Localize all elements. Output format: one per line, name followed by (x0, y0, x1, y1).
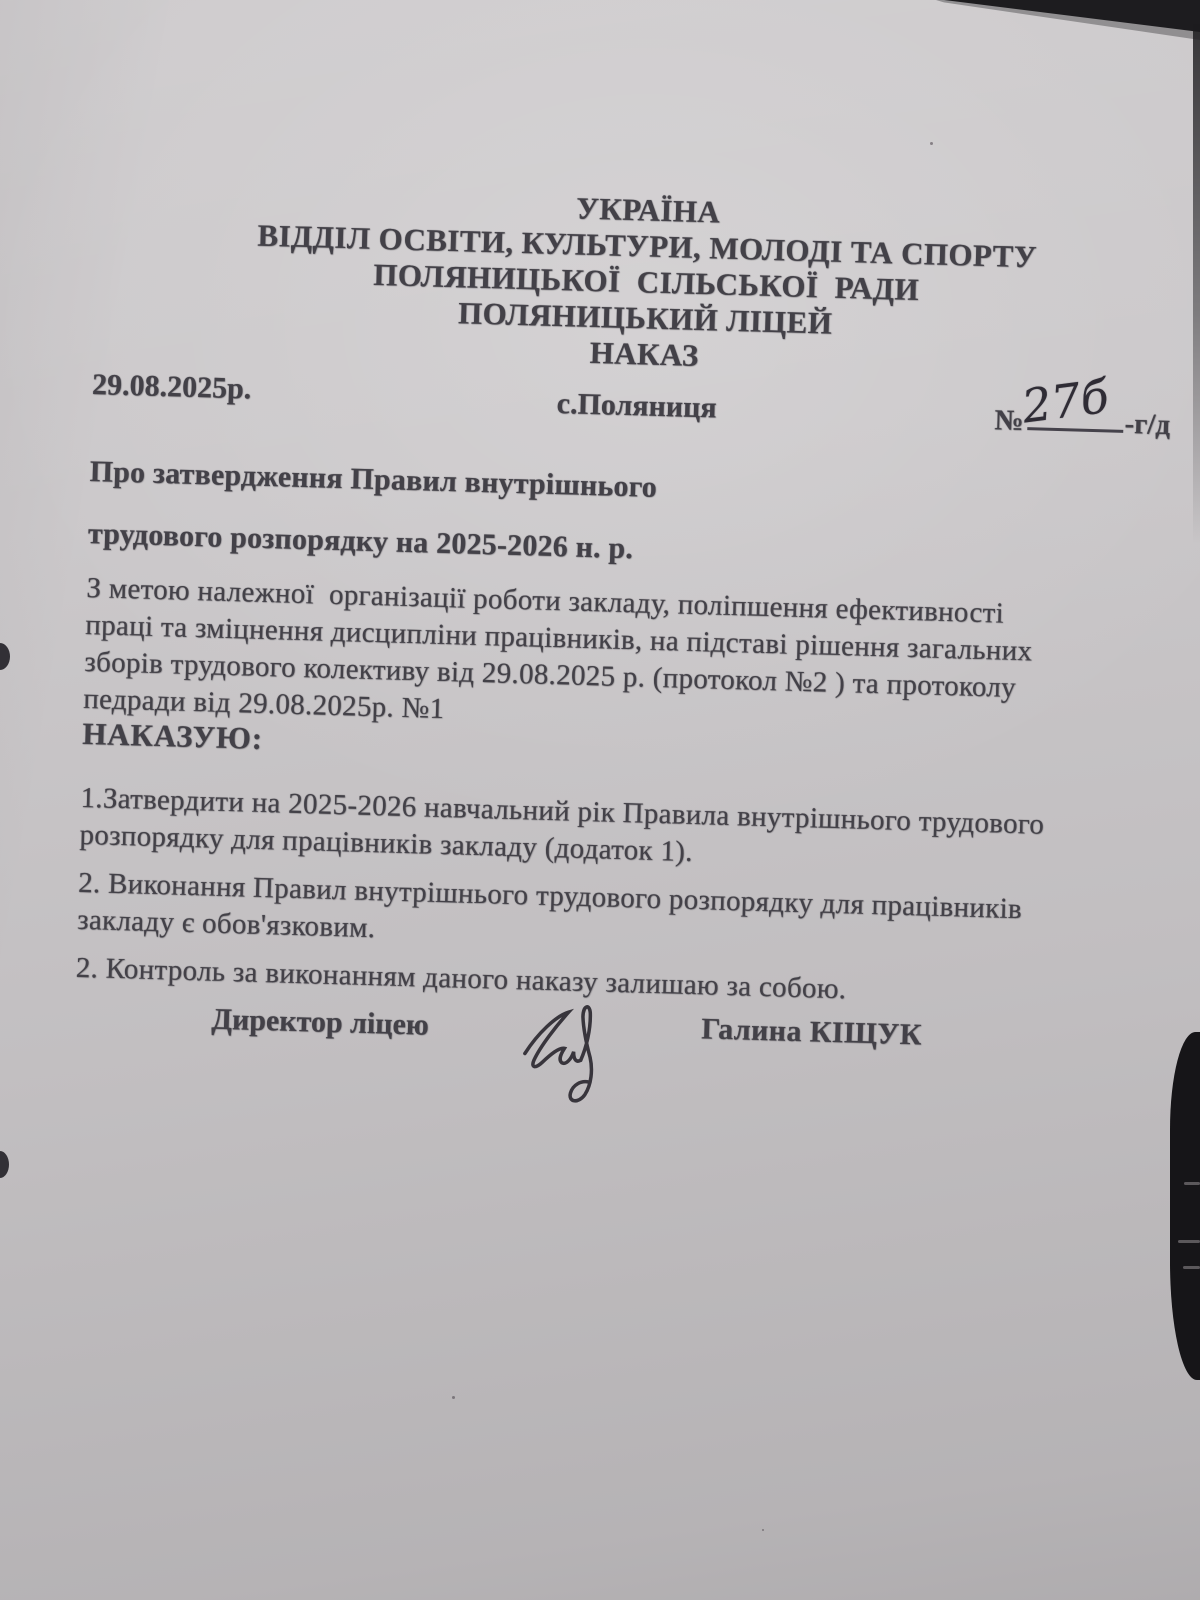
dust-speck (930, 142, 933, 145)
handwritten-number: 27б (1019, 369, 1112, 434)
order-date: 29.08.2025р. (92, 368, 252, 406)
right-edge-background (1170, 1032, 1200, 1380)
book-page-edge (1183, 1266, 1200, 1269)
order-document: УКРАЇНА ВІДДІЛ ОСВІТИ, КУЛЬТУРИ, МОЛОДІ … (59, 175, 1092, 1402)
number-sign: № (994, 404, 1024, 437)
document-photo: УКРАЇНА ВІДДІЛ ОСВІТИ, КУЛЬТУРИ, МОЛОДІ … (0, 0, 1200, 1600)
subject-line-2: трудового розпорядку на 2025-2026 н. р. (87, 517, 633, 566)
order-item-1: 1.Затвердити на 2025-2026 навчальний рік… (79, 780, 1045, 881)
signature-scribble-icon (513, 993, 608, 1110)
subject-line-1: Про затвердження Правил внутрішнього (89, 455, 657, 505)
binder-hole-shadow (0, 643, 10, 670)
book-page-edge (1178, 1240, 1200, 1243)
number-suffix: -г/д (1124, 408, 1170, 441)
order-heading: НАКАЗУЮ: (82, 716, 264, 757)
dust-speck (762, 1529, 764, 1531)
right-edge-shadow (1193, 24, 1200, 544)
document-letterhead: УКРАЇНА ВІДДІЛ ОСВІТИ, КУЛЬТУРИ, МОЛОДІ … (88, 177, 1093, 385)
order-item-3: 2. Контроль за виконанням даного наказу … (75, 950, 847, 1009)
preamble-paragraph: З метою належної організації роботи закл… (83, 570, 1034, 744)
signature-title: Директор ліцею (211, 1003, 429, 1043)
binder-hole-shadow (0, 1151, 9, 1178)
order-place: с.Поляниця (556, 387, 717, 425)
order-item-2: 2. Виконання Правил внутрішнього трудово… (77, 865, 1023, 965)
order-item-line: 2. Контроль за виконанням даного наказу … (75, 950, 847, 1009)
dust-speck (452, 1396, 455, 1399)
book-page-edge (1184, 1182, 1200, 1185)
order-number: №27б-г/д (994, 396, 1171, 442)
number-blank-line: 27б (1027, 397, 1124, 433)
signature-name: Галина КІЩУК (701, 1012, 922, 1052)
